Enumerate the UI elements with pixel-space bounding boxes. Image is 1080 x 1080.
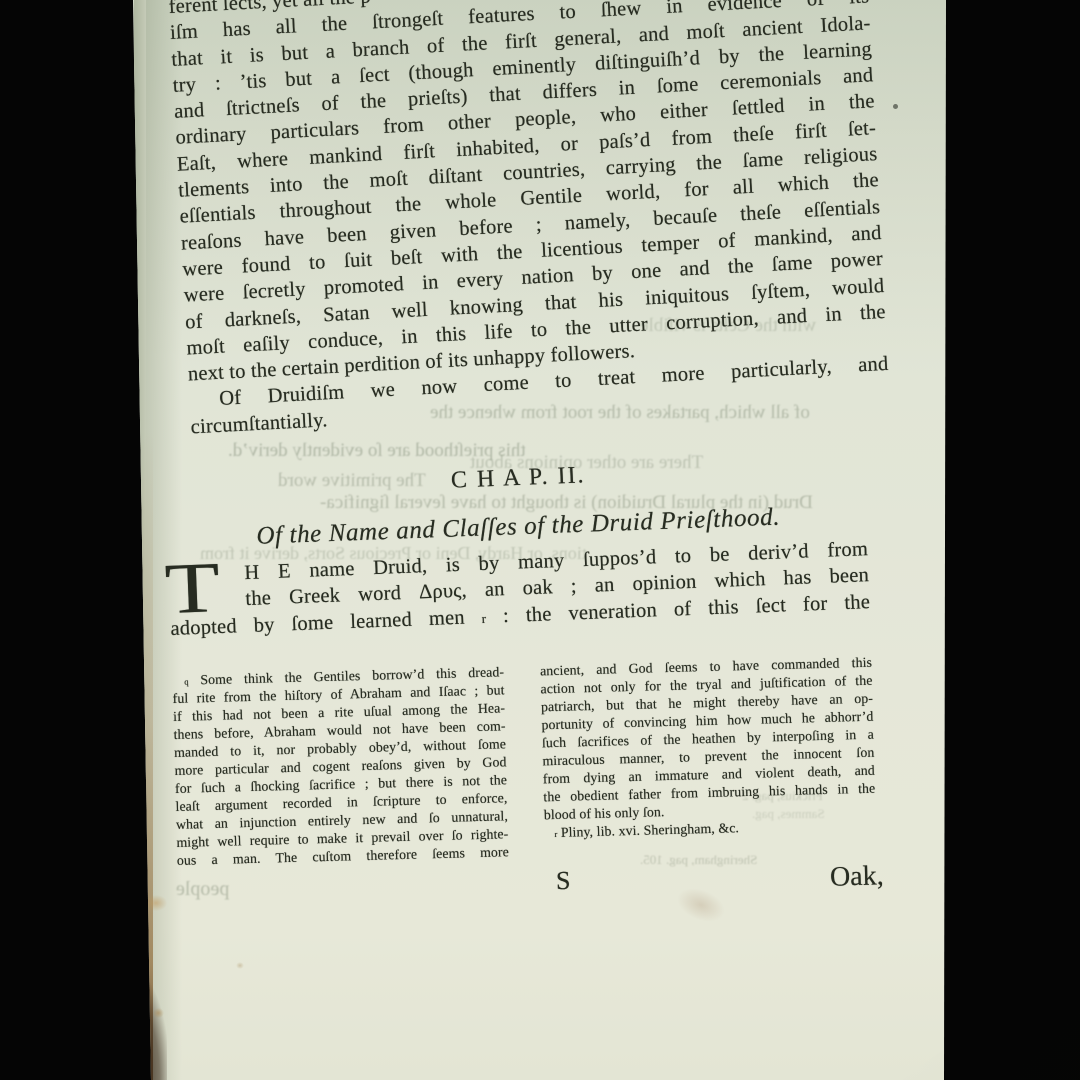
footnote-marker: r xyxy=(554,829,557,839)
catchword: Oak, xyxy=(830,860,884,893)
stain xyxy=(236,962,244,969)
dropcap-letter: T xyxy=(164,558,221,618)
paragraph-continued: iſm has all the ſtrongeſt features to ſh… xyxy=(169,0,887,388)
footnote-reference-mark: r xyxy=(481,611,486,625)
signature-mark: S xyxy=(556,866,571,896)
book-photo-canvas: with the Celts is viſibleof all which, p… xyxy=(0,0,1080,1080)
footnote-right-column: ancient, and God ſeems to have commanded… xyxy=(540,654,877,861)
body-text-block: ferent ſects, yet all the p iſm has all … xyxy=(168,0,890,440)
footnote-left-column: q Some think the Gentiles borrow’d this … xyxy=(172,663,509,870)
showthrough-ghost-text: people xyxy=(176,878,229,901)
page-corner-shadow xyxy=(133,980,167,1080)
book-page: with the Celts is viſibleof all which, p… xyxy=(0,0,1080,1080)
footnote-marker: q xyxy=(184,677,189,687)
footnotes-section: q Some think the Gentiles borrow’d this … xyxy=(172,654,877,870)
stain xyxy=(672,882,730,929)
